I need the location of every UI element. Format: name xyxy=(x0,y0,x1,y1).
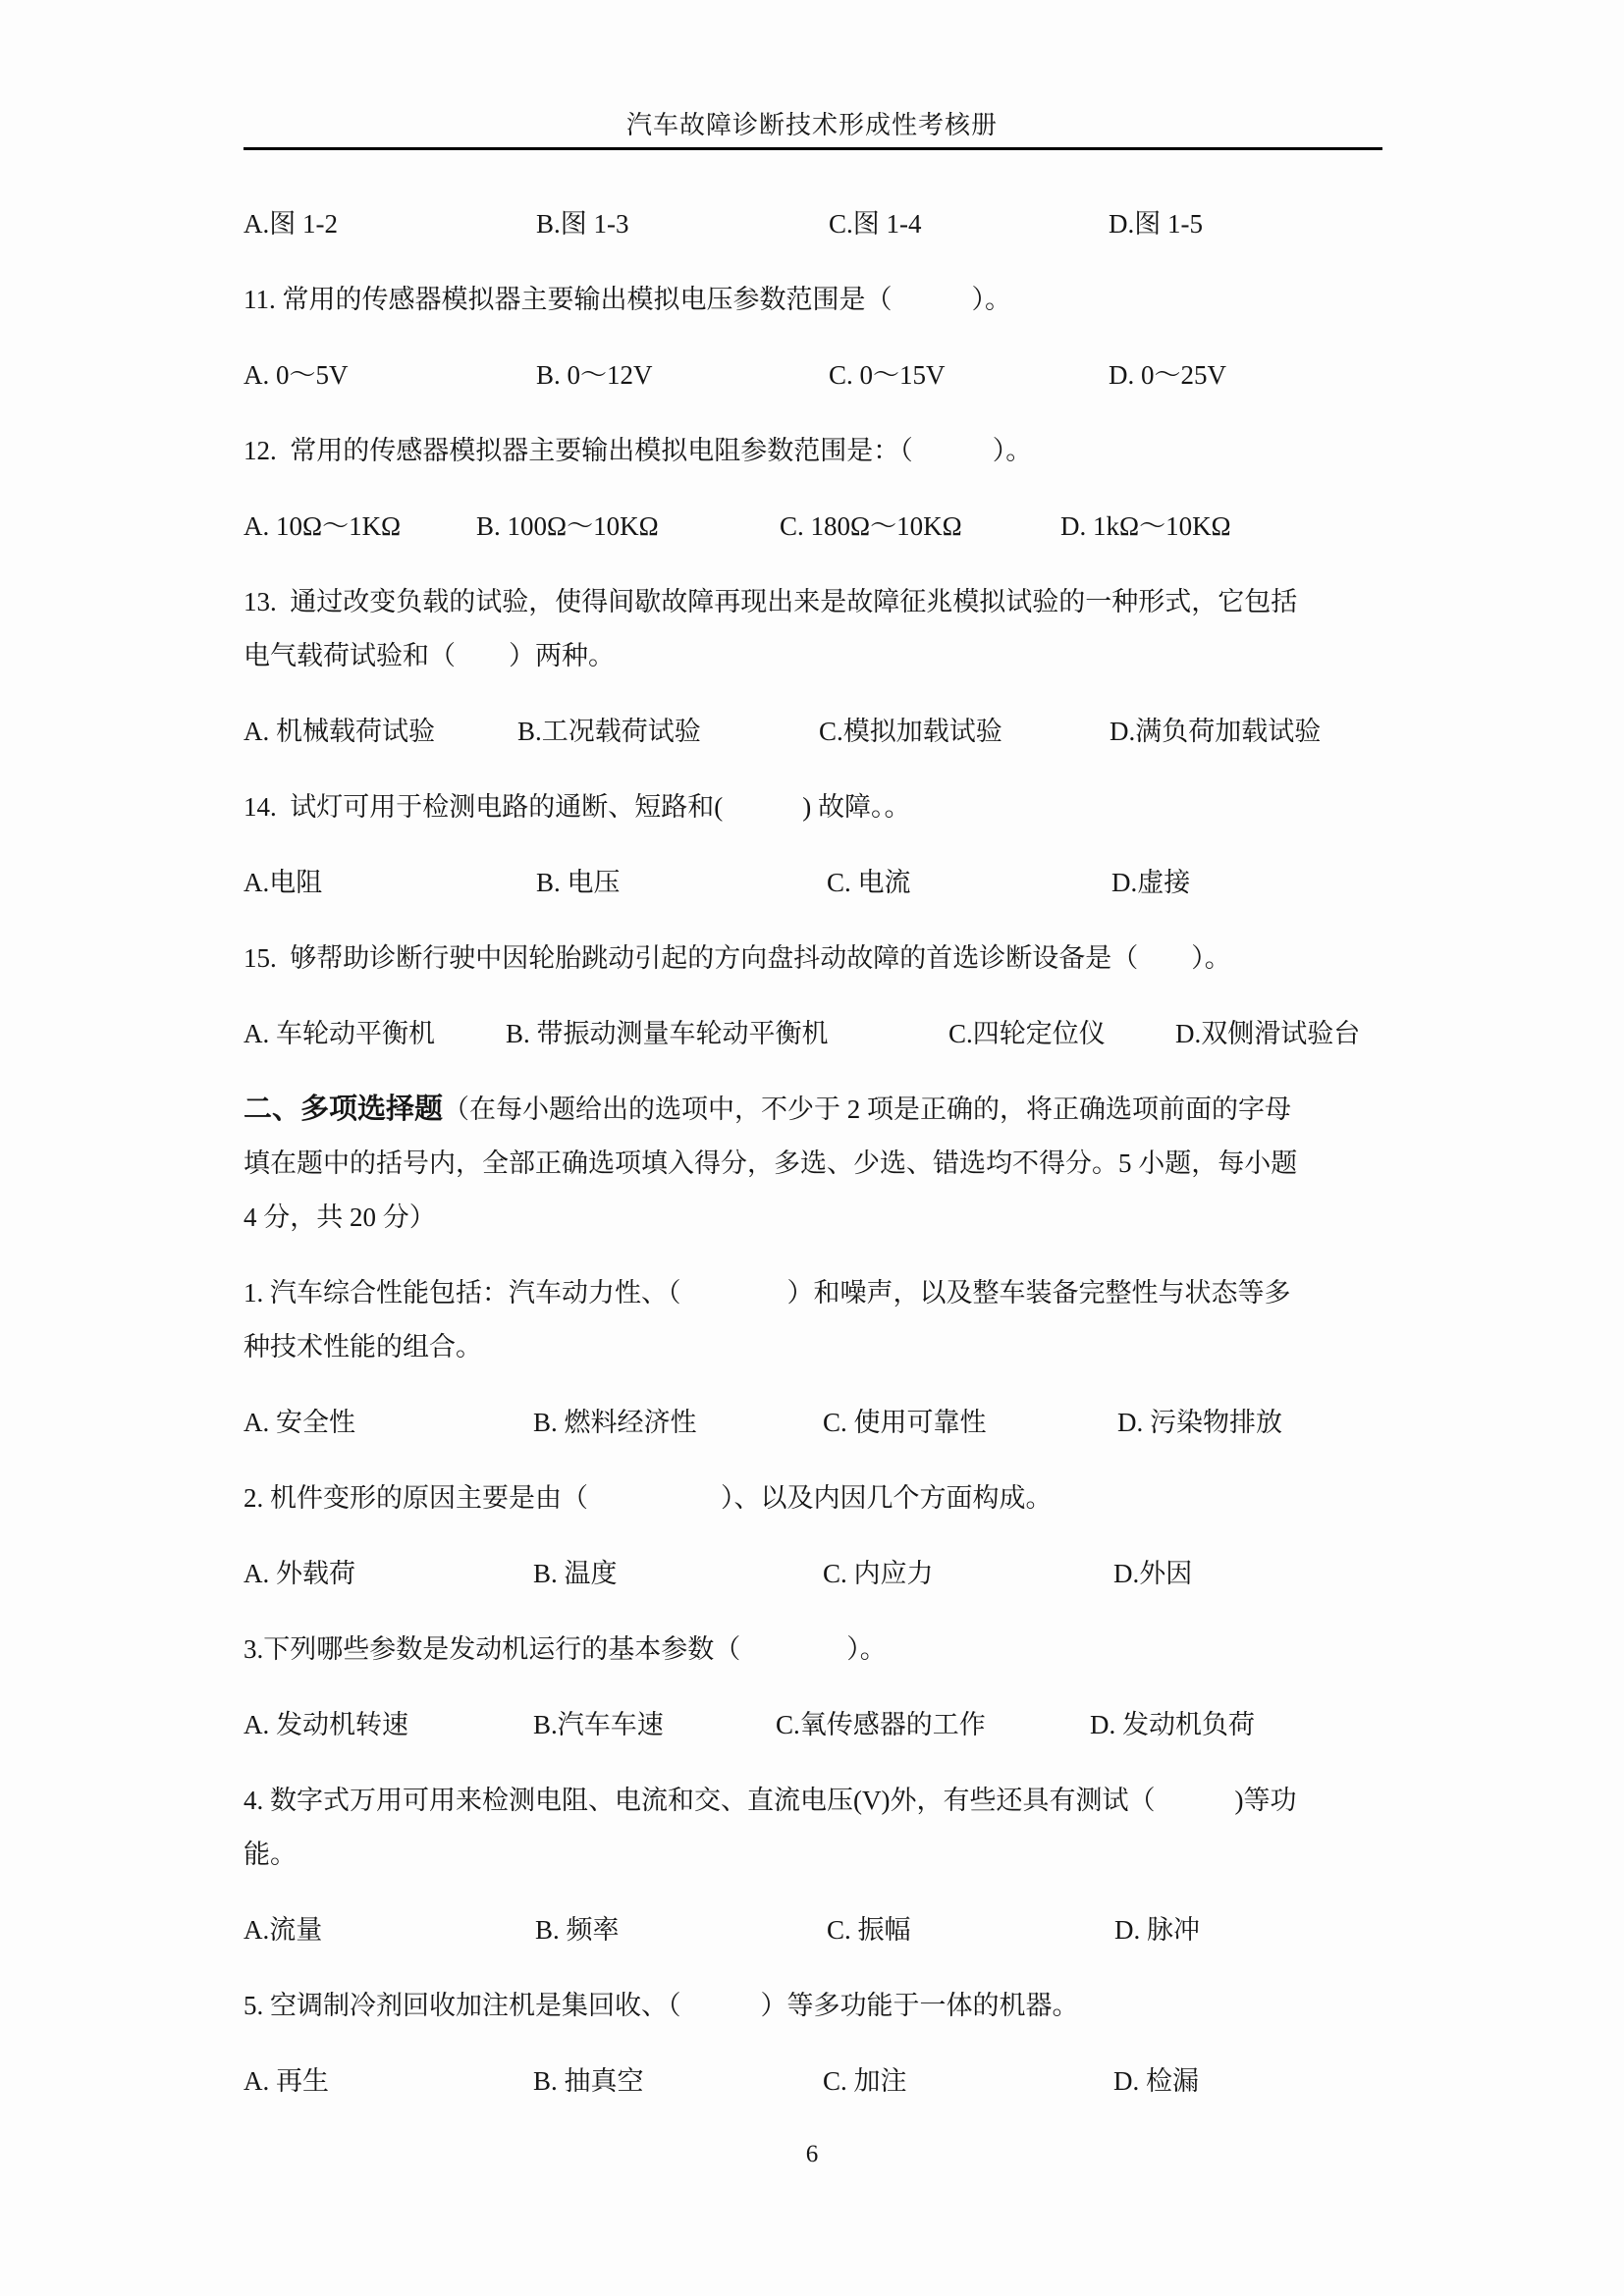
option-d: D.图 1-5 xyxy=(1109,207,1203,240)
option-b: B. 0～12V xyxy=(536,358,653,392)
exam-document-page: 汽车故障诊断技术形成性考核册 A.图 1-2 B.图 1-3 C.图 1-4 D… xyxy=(0,0,1624,2296)
question-14-options: A.电阻 B. 电压 C. 电流 D.虚接 xyxy=(244,866,1402,899)
multi-question-2-options: A. 外载荷 B. 温度 C. 内应力 D.外因 xyxy=(244,1557,1402,1590)
option-b: B.图 1-3 xyxy=(536,207,629,240)
option-a: A. 机械载荷试验 xyxy=(244,715,435,748)
question-15-options: A. 车轮动平衡机 B. 带振动测量车轮动平衡机 C.四轮定位仪 D.双侧滑试验… xyxy=(244,1017,1402,1050)
option-d: D. 检漏 xyxy=(1113,2064,1199,2098)
option-a: A. 再生 xyxy=(244,2064,329,2098)
multi-question-4-text-line1: 4. 数字式万用可用来检测电阻、电流和交、直流电压(V)外，有些还具有测试（ )… xyxy=(244,1784,1296,1817)
option-c: C. 使用可靠性 xyxy=(823,1406,987,1439)
option-c: C. 内应力 xyxy=(823,1557,934,1590)
option-d: D. 1kΩ～10KΩ xyxy=(1060,509,1231,543)
question-15-text: 15. 够帮助诊断行驶中因轮胎跳动引起的方向盘抖动故障的首选诊断设备是（ ）。 xyxy=(244,941,1231,975)
question-11-text: 11. 常用的传感器模拟器主要输出模拟电压参数范围是（ ）。 xyxy=(244,283,1011,316)
option-b: B. 抽真空 xyxy=(533,2064,644,2098)
option-b: B. 电压 xyxy=(536,866,621,899)
option-d: D. 脉冲 xyxy=(1114,1913,1200,1947)
multi-question-4-options: A.流量 B. 频率 C. 振幅 D. 脉冲 xyxy=(244,1913,1402,1947)
option-c: C. 0～15V xyxy=(829,358,946,392)
option-a: A. 车轮动平衡机 xyxy=(244,1017,435,1050)
option-c: C.模拟加载试验 xyxy=(819,715,1002,748)
header-divider xyxy=(244,147,1382,150)
question-13-options: A. 机械载荷试验 B.工况载荷试验 C.模拟加载试验 D.满负荷加载试验 xyxy=(244,715,1402,748)
option-b: B. 频率 xyxy=(535,1913,620,1947)
option-a: A. 10Ω～1KΩ xyxy=(244,509,401,543)
option-d: D. 0～25V xyxy=(1109,358,1226,392)
multi-question-4-text-line2: 能。 xyxy=(244,1838,297,1871)
question-13-text-line2: 电气载荷试验和（ ）两种。 xyxy=(244,639,615,672)
option-a: A. 发动机转速 xyxy=(244,1708,408,1741)
option-a: A. 0～5V xyxy=(244,358,349,392)
option-b: B. 温度 xyxy=(533,1557,618,1590)
question-11-options: A. 0～5V B. 0～12V C. 0～15V D. 0～25V xyxy=(244,358,1402,392)
section-two-intro-line1: （在每小题给出的选项中，不少于 2 项是正确的，将正确选项前面的字母 xyxy=(443,1095,1291,1124)
option-a: A. 外载荷 xyxy=(244,1557,355,1590)
option-c: C. 180Ω～10KΩ xyxy=(780,509,962,543)
page-number: 6 xyxy=(0,2140,1624,2169)
multi-question-3-options: A. 发动机转速 B.汽车车速 C.氧传感器的工作 D. 发动机负荷 xyxy=(244,1708,1402,1741)
question-12-options: A. 10Ω～1KΩ B. 100Ω～10KΩ C. 180Ω～10KΩ D. … xyxy=(244,509,1402,543)
multi-question-5-options: A. 再生 B. 抽真空 C. 加注 D. 检漏 xyxy=(244,2064,1402,2098)
option-b: B.工况载荷试验 xyxy=(517,715,701,748)
question-14-text: 14. 试灯可用于检测电路的通断、短路和( ) 故障。。 xyxy=(244,790,910,824)
section-two-heading-line: 二、多项选择题（在每小题给出的选项中，不少于 2 项是正确的，将正确选项前面的字… xyxy=(244,1093,1291,1126)
multi-question-1-text-line2: 种技术性能的组合。 xyxy=(244,1330,482,1363)
option-b: B.汽车车速 xyxy=(533,1708,664,1741)
option-b: B. 带振动测量车轮动平衡机 xyxy=(506,1017,829,1050)
question-12-text: 12. 常用的传感器模拟器主要输出模拟电阻参数范围是：（ ）。 xyxy=(244,434,1032,467)
question-13-text-line1: 13. 通过改变负载的试验，使得间歇故障再现出来是故障征兆模拟试验的一种形式，它… xyxy=(244,585,1297,618)
option-c: C. 电流 xyxy=(827,866,911,899)
option-c: C.图 1-4 xyxy=(829,207,922,240)
option-d: D.外因 xyxy=(1113,1557,1192,1590)
option-d: D. 污染物排放 xyxy=(1117,1406,1282,1439)
multi-question-1-options: A. 安全性 B. 燃料经济性 C. 使用可靠性 D. 污染物排放 xyxy=(244,1406,1402,1439)
option-d: D. 发动机负荷 xyxy=(1090,1708,1255,1741)
option-c: C.四轮定位仪 xyxy=(948,1017,1106,1050)
section-two-intro-line2: 填在题中的括号内，全部正确选项填入得分，多选、少选、错选均不得分。5 小题，每小… xyxy=(244,1147,1297,1180)
option-c: C. 加注 xyxy=(823,2064,907,2098)
option-d: D.满负荷加载试验 xyxy=(1110,715,1321,748)
option-c: C. 振幅 xyxy=(827,1913,911,1947)
section-two-title: 二、多项选择题 xyxy=(244,1094,443,1125)
option-b: B. 100Ω～10KΩ xyxy=(476,509,659,543)
option-d: D.虚接 xyxy=(1111,866,1190,899)
option-a: A.图 1-2 xyxy=(244,207,338,240)
multi-question-2-text: 2. 机件变形的原因主要是由（ ）、以及内因几个方面构成。 xyxy=(244,1481,1053,1515)
option-c: C.氧传感器的工作 xyxy=(776,1708,986,1741)
document-header-title: 汽车故障诊断技术形成性考核册 xyxy=(0,110,1624,141)
multi-question-5-text: 5. 空调制冷剂回收加注机是集回收、（ ）等多功能于一体的机器。 xyxy=(244,1989,1079,2022)
option-a: A.流量 xyxy=(244,1913,322,1947)
options-row-carryover: A.图 1-2 B.图 1-3 C.图 1-4 D.图 1-5 xyxy=(244,207,1402,240)
option-a: A. 安全性 xyxy=(244,1406,355,1439)
multi-question-3-text: 3.下列哪些参数是发动机运行的基本参数（ ）。 xyxy=(244,1632,887,1666)
multi-question-1-text-line1: 1. 汽车综合性能包括：汽车动力性、（ ）和噪声，以及整车装备完整性与状态等多 xyxy=(244,1276,1291,1309)
option-d: D.双侧滑试验台 xyxy=(1175,1017,1360,1050)
section-two-intro-line3: 4 分，共 20 分） xyxy=(244,1201,436,1234)
option-b: B. 燃料经济性 xyxy=(533,1406,697,1439)
option-a: A.电阻 xyxy=(244,866,322,899)
